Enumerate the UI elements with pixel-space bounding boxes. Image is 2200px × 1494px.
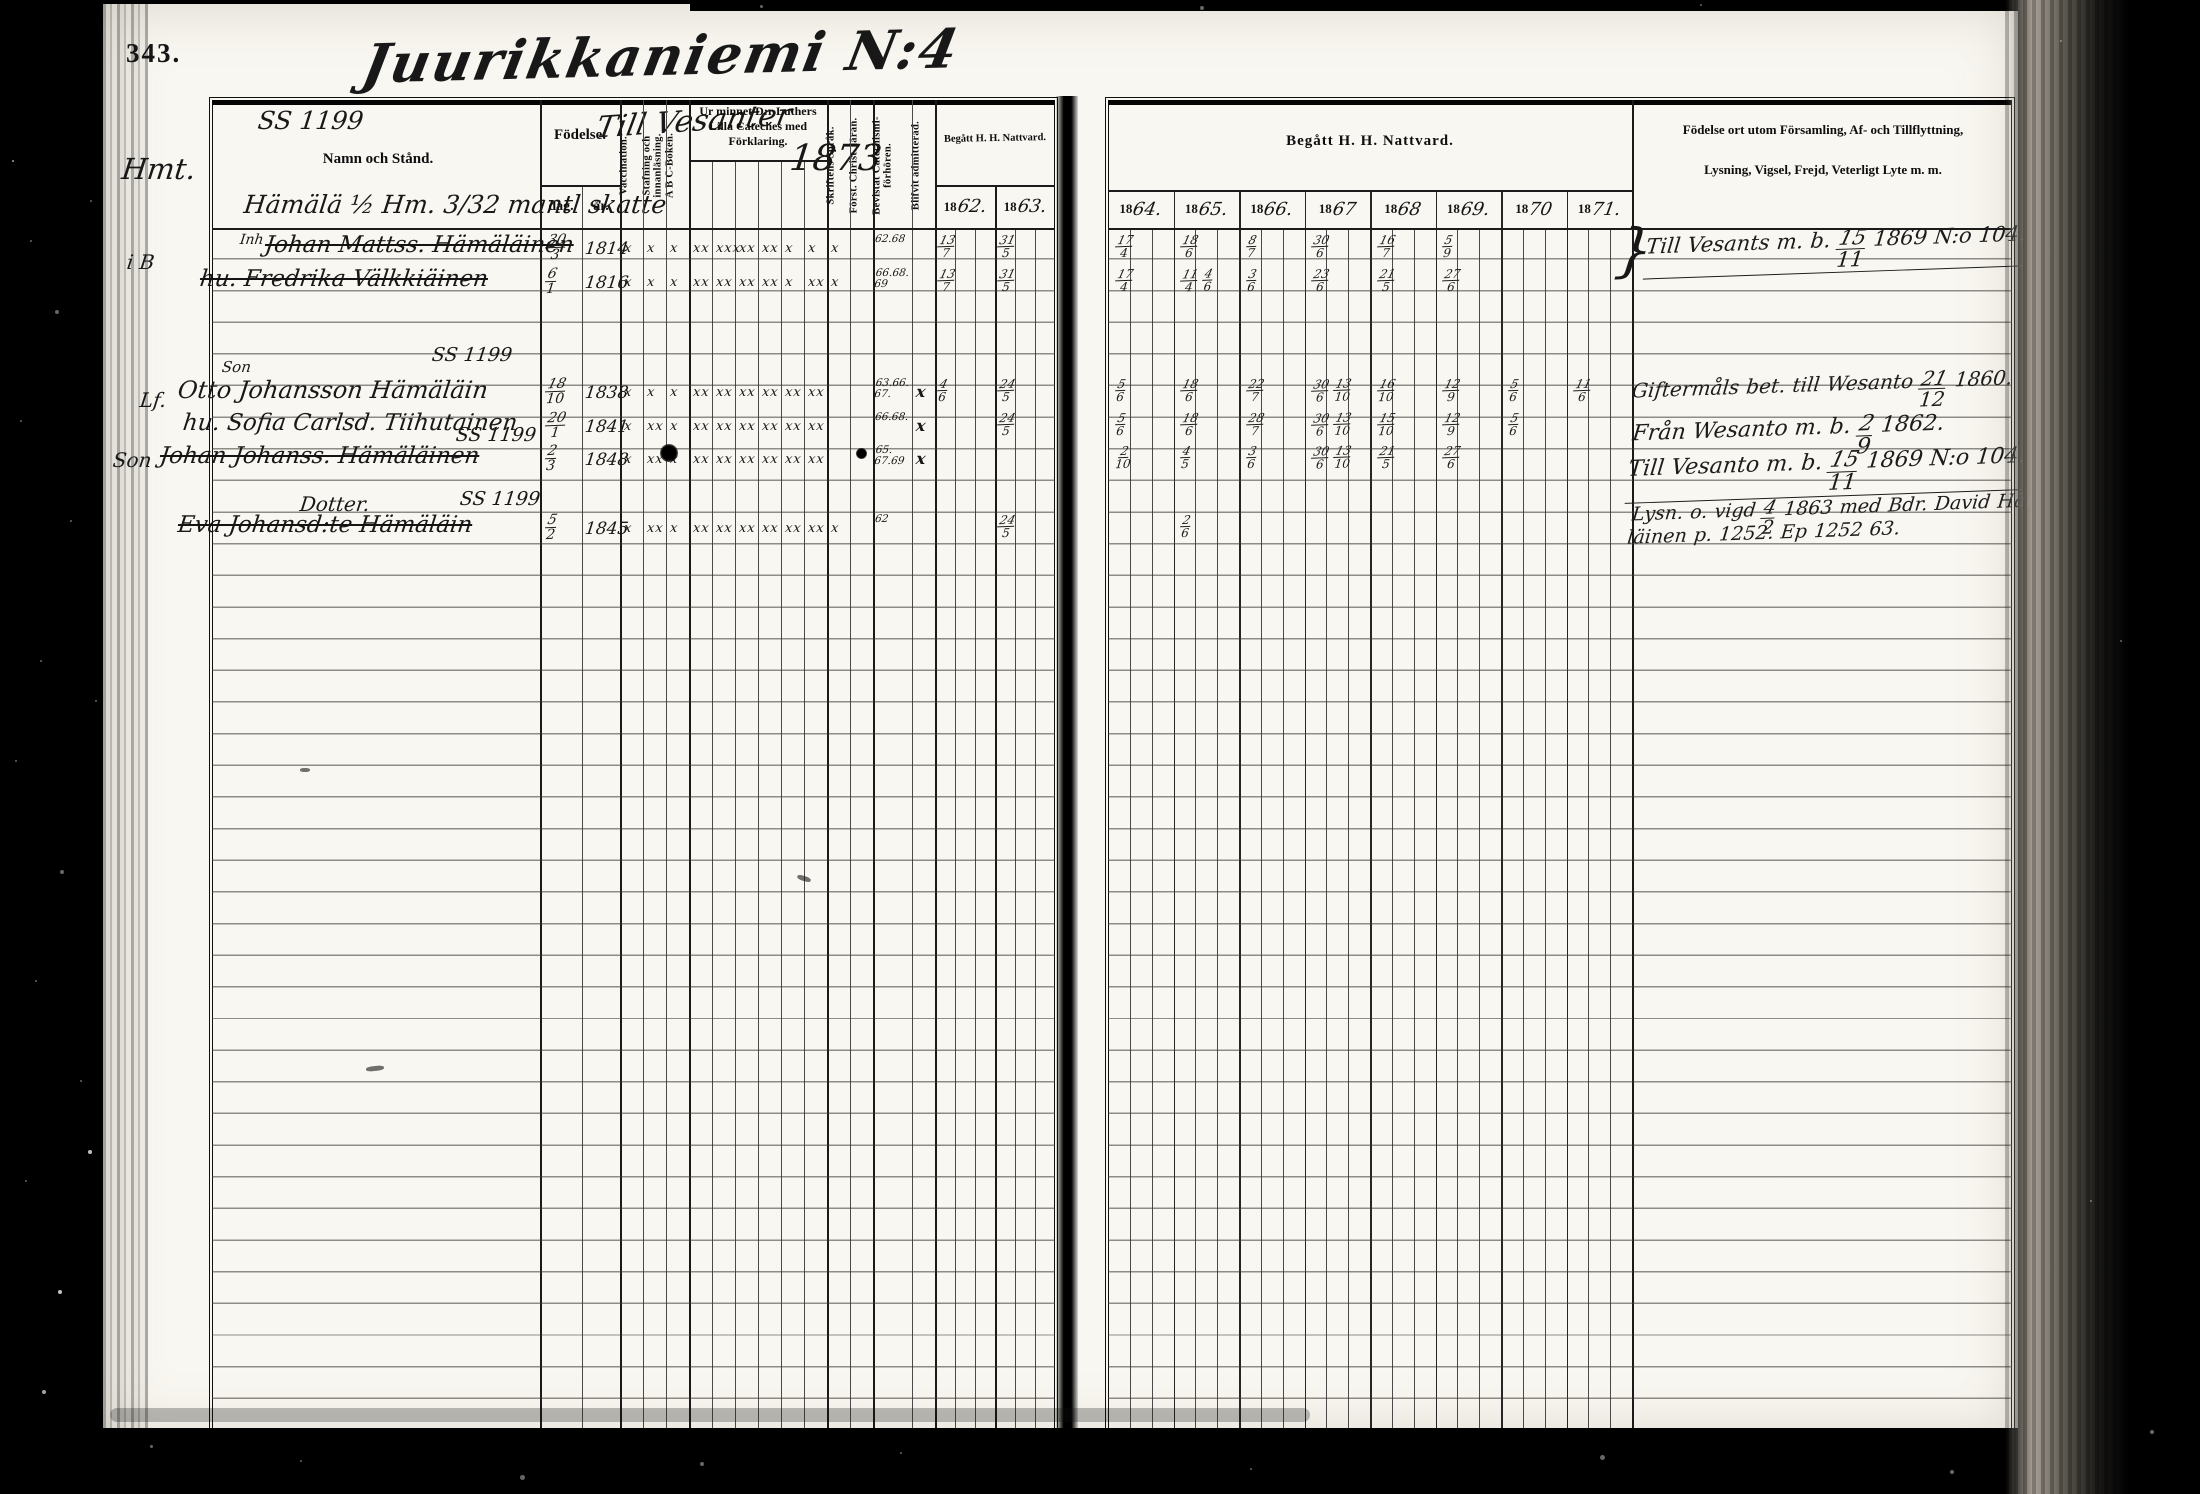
- ability-mark: xx: [646, 521, 665, 536]
- bevistat-note: 66.68.: [874, 412, 911, 423]
- right-year-1866: 1866.: [1239, 190, 1305, 228]
- namn-och-stand-label: Namn och Stånd.: [268, 150, 488, 169]
- communion-1869: 129: [1442, 412, 1462, 438]
- fodelse-label: Födelse.: [540, 126, 620, 145]
- communion-1867: 3061310: [1311, 377, 1353, 404]
- bevistat-note: 63.66. 67.: [874, 378, 913, 400]
- ability-mark: xx: [715, 521, 734, 536]
- ability-mark: xx: [692, 452, 711, 467]
- scan-border-bottom: [0, 1428, 2200, 1494]
- right-year-1869: 1869.: [1436, 190, 1502, 228]
- date-fraction: 315: [997, 234, 1017, 260]
- year-handwritten: 69.: [1459, 199, 1491, 220]
- row-above-label: Son: [221, 358, 252, 376]
- communion-1865: 186: [1180, 378, 1200, 404]
- date-fraction: 215: [1377, 268, 1397, 294]
- word: m.: [1763, 451, 1796, 498]
- communion-1862: 137: [937, 268, 957, 294]
- row-margin-label: i B: [126, 250, 156, 274]
- word: b.: [1798, 450, 1824, 497]
- ink-blob-small: [856, 448, 867, 459]
- year-handwritten: 64.: [1132, 199, 1164, 220]
- ability-mark: xx: [784, 452, 803, 467]
- word: 1869: [1863, 447, 1924, 495]
- date-fraction: 137: [937, 234, 957, 260]
- ur-minnet-label: Ur minnet D:r Luthers Lilla Cateches med…: [691, 104, 825, 149]
- communion-1868: 215: [1377, 268, 1397, 294]
- year-handwritten: 62.: [956, 196, 988, 217]
- row-name: Otto Johansson Hämäläin: [176, 376, 489, 404]
- communion-1871: 116: [1573, 378, 1593, 404]
- year-handwritten: 65.: [1197, 199, 1229, 220]
- birth-year: 1816: [584, 273, 630, 293]
- communion-1864: 210: [1115, 445, 1133, 471]
- white-speck: [35, 980, 37, 982]
- row-name: Johan Johanss. Hämäläinen: [158, 443, 481, 469]
- date-fraction: 1511: [1826, 449, 1861, 496]
- ability-mark: xx: [761, 521, 780, 536]
- birth-day: 303: [544, 233, 567, 263]
- ability-mark: xx: [807, 385, 826, 400]
- date-fraction: 245: [997, 412, 1017, 438]
- white-speck: [55, 310, 59, 314]
- date-fraction: 1310: [1333, 411, 1353, 437]
- ability-mark: xx: [692, 385, 711, 400]
- word: David: [1932, 491, 1992, 533]
- white-speck: [42, 1390, 46, 1394]
- row-ss-number: SS 1199: [455, 424, 538, 446]
- row-above-label: Dotter.: [299, 492, 372, 516]
- communion-1869: 276: [1442, 268, 1462, 294]
- page-number: 343.: [126, 38, 181, 69]
- word: Wesanto: [1824, 369, 1915, 414]
- date-fraction: 167: [1377, 234, 1397, 260]
- ability-mark: xx: [692, 521, 711, 536]
- white-speck: [1200, 6, 1204, 10]
- birth-year: 1848: [584, 450, 630, 470]
- stray-mark-3: [300, 768, 310, 772]
- communion-1864: 174: [1115, 234, 1135, 260]
- year-prefix: 18: [1384, 201, 1397, 217]
- row-ss-number: SS 1199: [459, 488, 542, 510]
- word: 1869: [1870, 225, 1928, 271]
- white-speck: [150, 1445, 153, 1448]
- ability-mark: xx: [692, 275, 711, 290]
- row-margin-label: Lf.: [139, 388, 168, 412]
- white-speck: [90, 200, 92, 202]
- year-handwritten: 63.: [1016, 196, 1048, 217]
- year-handwritten: 70: [1527, 199, 1554, 220]
- year-prefix: 18: [1004, 199, 1017, 215]
- word: 63.: [1869, 517, 1902, 540]
- right-year-1865: 1865.: [1174, 190, 1240, 228]
- communion-1867: 236: [1311, 268, 1331, 294]
- white-speck: [2120, 640, 2122, 642]
- communion-1868: 1510: [1377, 412, 1397, 438]
- year-prefix: 18: [1447, 201, 1460, 217]
- year-handwritten: 68: [1396, 199, 1423, 220]
- abc-boken-label: A B C-Boken.: [666, 106, 689, 226]
- date-fraction: 245: [997, 514, 1017, 540]
- date-fraction: 215: [1377, 445, 1397, 471]
- bevistat-note: 65. 67.69: [874, 445, 913, 467]
- white-speck: [15, 760, 17, 762]
- communion-1868: 167: [1377, 234, 1397, 260]
- date-fraction: 306: [1311, 412, 1331, 438]
- ability-mark: xx: [761, 385, 780, 400]
- header-separator: [540, 185, 620, 187]
- white-speck: [20, 420, 22, 422]
- white-speck: [88, 1150, 92, 1154]
- year-handwritten: 67: [1331, 199, 1358, 220]
- word: N:o: [1926, 445, 1970, 492]
- date-fraction: 245: [997, 378, 1017, 404]
- communion-1863: 245: [997, 378, 1017, 404]
- ability-mark: xx: [715, 419, 734, 434]
- word: b.: [1807, 228, 1832, 272]
- date-fraction: 210: [1115, 445, 1133, 471]
- word: 1252: [1813, 519, 1864, 543]
- date-fraction: 287: [1246, 412, 1266, 438]
- date-fraction: 1310: [1333, 444, 1353, 470]
- date-fraction: 306: [1311, 234, 1331, 260]
- row-above-label: Inh: [239, 232, 265, 248]
- white-speck: [58, 1290, 62, 1294]
- right-year-1870: 1870: [1501, 190, 1567, 228]
- communion-1863: 315: [997, 268, 1017, 294]
- white-speck: [1600, 1455, 1605, 1460]
- year-prefix: 18: [1578, 201, 1591, 217]
- white-speck: [12, 160, 14, 162]
- year-prefix: 18: [1319, 201, 1332, 217]
- ability-mark: xx: [761, 275, 780, 290]
- year-handwritten: 66.: [1263, 199, 1295, 220]
- admitted-mark: x: [915, 416, 927, 435]
- admitted-mark: x: [915, 382, 927, 401]
- birth-day: 1810: [544, 377, 567, 407]
- bottom-edge-smear: [110, 1408, 1310, 1422]
- year-handwritten: 71.: [1590, 199, 1622, 220]
- communion-1868: 215: [1377, 445, 1397, 471]
- communion-1865: 186: [1180, 234, 1200, 260]
- word: N:o: [1931, 223, 1973, 268]
- date-fraction: 1510: [1377, 412, 1397, 438]
- year-prefix: 18: [944, 199, 957, 215]
- ability-mark: xx: [807, 521, 826, 536]
- date-fraction: 137: [937, 268, 957, 294]
- page-curl-right-edge: [2005, 0, 2140, 1494]
- vaccination-label: Vaccination.: [620, 106, 643, 226]
- date-fraction: 303: [544, 233, 567, 263]
- admitted-mark: x: [915, 449, 927, 468]
- white-speck: [95, 700, 97, 702]
- birth-year: 1814: [584, 239, 630, 259]
- white-speck: [300, 1460, 302, 1462]
- communion-1867: 3061310: [1311, 411, 1353, 438]
- word: Giftermåls: [1629, 375, 1741, 420]
- skriftens-sprak-label: Skriftens Språk.: [827, 106, 850, 226]
- white-speck: [2060, 40, 2062, 42]
- row-ss-number: SS 1199: [431, 344, 514, 366]
- communion-1866: 227: [1246, 378, 1266, 404]
- word: till: [1789, 372, 1821, 415]
- date-fraction: 315: [997, 268, 1017, 294]
- year-prefix: 18: [1119, 201, 1132, 217]
- date-fraction: 186: [1180, 234, 1200, 260]
- communion-1863: 245: [997, 514, 1017, 540]
- date-fraction: 276: [1442, 445, 1462, 471]
- ability-mark: xx: [761, 419, 780, 434]
- blifvit-admitterad-label: Blifvit admitterad.: [912, 106, 935, 226]
- word: m.: [1773, 229, 1804, 274]
- ruled-rows-left: [212, 228, 1055, 1433]
- date-fraction: 227: [1246, 378, 1266, 404]
- bevistat-note: 66.68. 69: [874, 268, 913, 290]
- ability-mark: xx: [761, 452, 780, 467]
- date-fraction: 1810: [544, 377, 567, 407]
- ability-mark: xx: [784, 419, 803, 434]
- white-speck: [60, 870, 64, 874]
- ability-mark: xx: [784, 521, 803, 536]
- date-fraction: 116: [1573, 378, 1593, 404]
- right-year-1864: 1864.: [1108, 190, 1174, 228]
- date-fraction: 1610: [1377, 378, 1397, 404]
- row-margin-label: Son: [112, 448, 154, 472]
- date-fraction: 306: [1311, 378, 1331, 404]
- white-speck: [1250, 1468, 1252, 1470]
- year-prefix: 18: [1515, 201, 1528, 217]
- communion-1869: 276: [1442, 445, 1462, 471]
- ability-mark: xx: [761, 241, 780, 256]
- right-year-1867: 1867: [1305, 190, 1371, 228]
- white-speck: [760, 5, 763, 8]
- white-speck: [2150, 1430, 2154, 1434]
- communion-1867: 306: [1311, 234, 1331, 260]
- ability-mark: xx: [738, 452, 757, 467]
- ability-mark: xx: [715, 275, 734, 290]
- date-fraction: 129: [1442, 412, 1462, 438]
- ability-mark: xx: [738, 275, 757, 290]
- date-fraction: 2112: [1917, 368, 1949, 411]
- bevistat-note: 62: [874, 514, 911, 525]
- date-fraction: 236: [1311, 268, 1331, 294]
- word: p.: [1693, 524, 1714, 547]
- word: bet.: [1743, 373, 1787, 416]
- white-speck: [40, 660, 42, 662]
- communion-1865: 11446: [1180, 267, 1215, 294]
- white-speck: [2090, 1200, 2092, 1202]
- communion-1864: 174: [1115, 268, 1135, 294]
- header-separator: [689, 160, 827, 162]
- left-year-1863: 1863.: [995, 185, 1055, 228]
- scan-border-top2: [0, 0, 2200, 4]
- book-spine-shadow: [1056, 96, 1078, 1436]
- row-name: hu. Fredrika Välkkiäinen: [198, 266, 489, 292]
- birth-year: 1841: [584, 417, 630, 437]
- ability-mark: xx: [715, 385, 734, 400]
- ability-mark: xx: [646, 419, 665, 434]
- ability-mark: xx: [692, 241, 711, 256]
- date-fraction: 276: [1442, 268, 1462, 294]
- margin-hmt-label: Hmt.: [120, 152, 198, 186]
- white-speck: [30, 240, 32, 242]
- date-fraction: 1310: [1333, 377, 1353, 403]
- date-fraction: 186: [1180, 412, 1200, 438]
- word: Till: [1625, 456, 1666, 503]
- date-fraction: 306: [1311, 445, 1331, 471]
- white-speck: [70, 520, 72, 522]
- ability-mark: xx: [738, 419, 757, 434]
- birth-year: 1838: [584, 383, 630, 403]
- white-speck: [25, 1180, 27, 1182]
- year-prefix: 18: [1185, 201, 1198, 217]
- ink-blob-large: [660, 444, 678, 462]
- ability-mark: xx: [738, 385, 757, 400]
- birth-day: 201: [544, 411, 567, 441]
- communion-1866: 287: [1246, 412, 1266, 438]
- ability-mark: xx: [715, 452, 734, 467]
- right-year-1868: 1868: [1370, 190, 1436, 228]
- nattvard-left-label: Begått H. H. Nattvard.: [933, 131, 1057, 146]
- ability-mark: xx: [738, 241, 757, 256]
- date-fraction: 186: [1180, 378, 1200, 404]
- bevistat-forhoren-label: Bevistat Catechismi-förhören.: [873, 106, 912, 226]
- communion-1865: 186: [1180, 412, 1200, 438]
- word: 1252.: [1718, 522, 1775, 546]
- date-fraction: 1511: [1834, 227, 1867, 272]
- ability-mark: xx: [692, 419, 711, 434]
- notes-header-line1: Födelse ort utom Församling, Af- och Til…: [1640, 122, 2006, 138]
- birth-year: 1845: [584, 519, 630, 539]
- row-name: Johan Mattss. Hämäläinen: [263, 232, 575, 258]
- white-speck: [1950, 1470, 1954, 1474]
- word: Ep: [1780, 521, 1808, 544]
- date-fraction: 174: [1115, 268, 1135, 294]
- year-prefix: 18: [1250, 201, 1263, 217]
- ss-number-top: SS 1199: [256, 106, 365, 135]
- nattvard-right-label: Begått H. H. Nattvard.: [1170, 132, 1570, 151]
- date-fraction: 201: [544, 411, 567, 441]
- notes-header-line2: Lysning, Vigsel, Frejd, Veterligt Lyte m…: [1640, 162, 2006, 178]
- communion-1868: 1610: [1377, 378, 1397, 404]
- date-fraction: 174: [1115, 234, 1135, 260]
- ability-mark: xx: [807, 419, 826, 434]
- word: Vesants: [1684, 230, 1771, 277]
- communion-1862: 137: [937, 234, 957, 260]
- dag-label: dag.: [540, 198, 582, 216]
- communion-1867: 3061310: [1311, 444, 1353, 471]
- ability-mark: xx: [784, 385, 803, 400]
- ability-mark: xx: [738, 521, 757, 536]
- scan-border-left: [0, 0, 103, 1494]
- communion-1863: 245: [997, 412, 1017, 438]
- word: läinen: [1626, 525, 1688, 549]
- communion-1863: 315: [997, 234, 1017, 260]
- white-speck: [700, 1462, 704, 1466]
- ar-label: år.: [582, 198, 620, 216]
- date-fraction: 114: [1180, 268, 1200, 294]
- date-fraction: 129: [1442, 378, 1462, 404]
- white-speck: [80, 1080, 82, 1082]
- bevistat-note: 62.68: [874, 234, 911, 245]
- left-year-1862: 1862.: [935, 185, 995, 228]
- ability-mark: xx: [807, 275, 826, 290]
- forst-christ-laran-label: Först. Christ. läran.: [850, 106, 873, 226]
- white-speck: [520, 1475, 525, 1480]
- ability-mark: xx: [807, 452, 826, 467]
- stafning-label: Stafning och innanläsning.: [643, 106, 666, 226]
- white-speck: [900, 1452, 902, 1454]
- white-speck: [1700, 4, 1702, 6]
- scanned-church-book-page: 343. Juurikkaniemi N:4 Hmt. SS 1199 Till…: [0, 0, 2200, 1494]
- communion-1869: 129: [1442, 378, 1462, 404]
- word: Vesanto: [1668, 452, 1761, 501]
